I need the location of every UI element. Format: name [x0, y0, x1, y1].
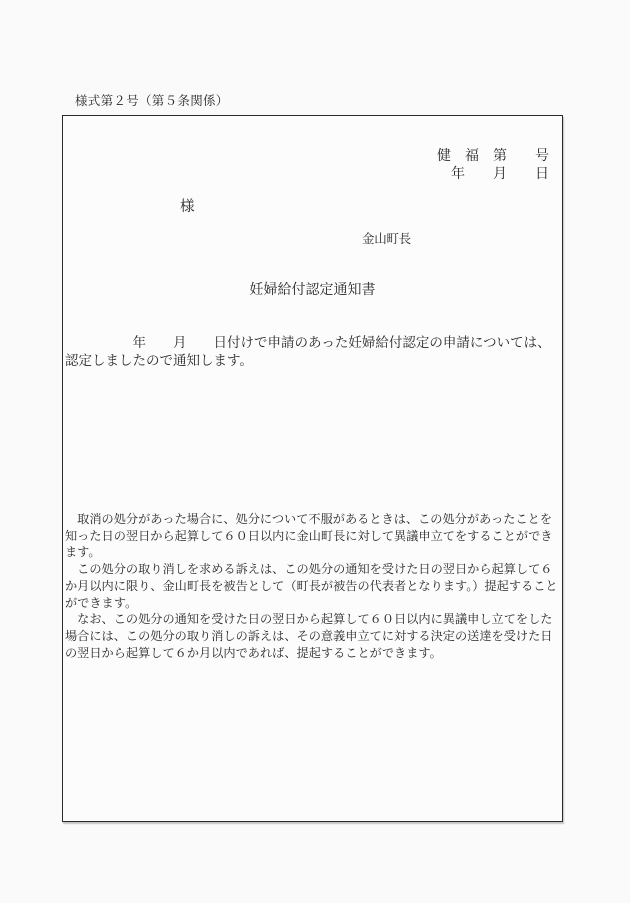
sender-name: 金山町長: [362, 232, 411, 247]
issue-date-line: 年 月 日: [451, 167, 549, 182]
text-line: この処分の取り消しを求める訴えは、この処分の通知を受けた日の翌日から起算して６: [65, 561, 557, 578]
document-page: 様式第２号（第５条関係） 健 福 第 号 年 月 日 様 金山町長 妊婦給付認定…: [0, 0, 630, 903]
text-line: ができます。: [65, 595, 557, 612]
notice-frame: 健 福 第 号 年 月 日 様 金山町長 妊婦給付認定通知書 年 月 日付けで申…: [62, 115, 563, 822]
text-line: 場合には、この処分の取り消しの訴えは、その意義申立てに対する決定の送達を受けた日: [65, 628, 557, 645]
text-line: なお、この処分の通知を受けた日の翌日から起算して６０日以内に異議申し立てをした: [65, 611, 557, 628]
addressee-honorific: 様: [180, 200, 195, 215]
text-line: 年 月 日付けで申請のあった妊婦給付認定の申請については、: [65, 334, 557, 352]
text-line: 認定しましたので通知します。: [65, 352, 557, 370]
text-line: か月以内に限り、金山町長を被告として（町長が被告の代表者となります。）提起するこ…: [65, 578, 557, 595]
text-line: 知った日の翌日から起算して６０日以内に金山町長に対して異議申立てをすることができ: [65, 528, 557, 545]
reference-number-line: 健 福 第 号: [437, 149, 549, 164]
text-line: ます。: [65, 544, 557, 561]
appeal-instructions-notes: 取消の処分があった場合に、処分について不服があるときは、この処分があったことを知…: [65, 511, 557, 661]
notice-body-paragraph: 年 月 日付けで申請のあった妊婦給付認定の申請については、認定しましたので通知し…: [65, 334, 557, 369]
form-number-label: 様式第２号（第５条関係）: [75, 91, 229, 109]
notice-title: 妊婦給付認定通知書: [63, 283, 562, 299]
text-line: の翌日から起算して６か月以内であれば、提起することができます。: [65, 645, 557, 662]
text-line: 取消の処分があった場合に、処分について不服があるときは、この処分があったことを: [65, 511, 557, 528]
